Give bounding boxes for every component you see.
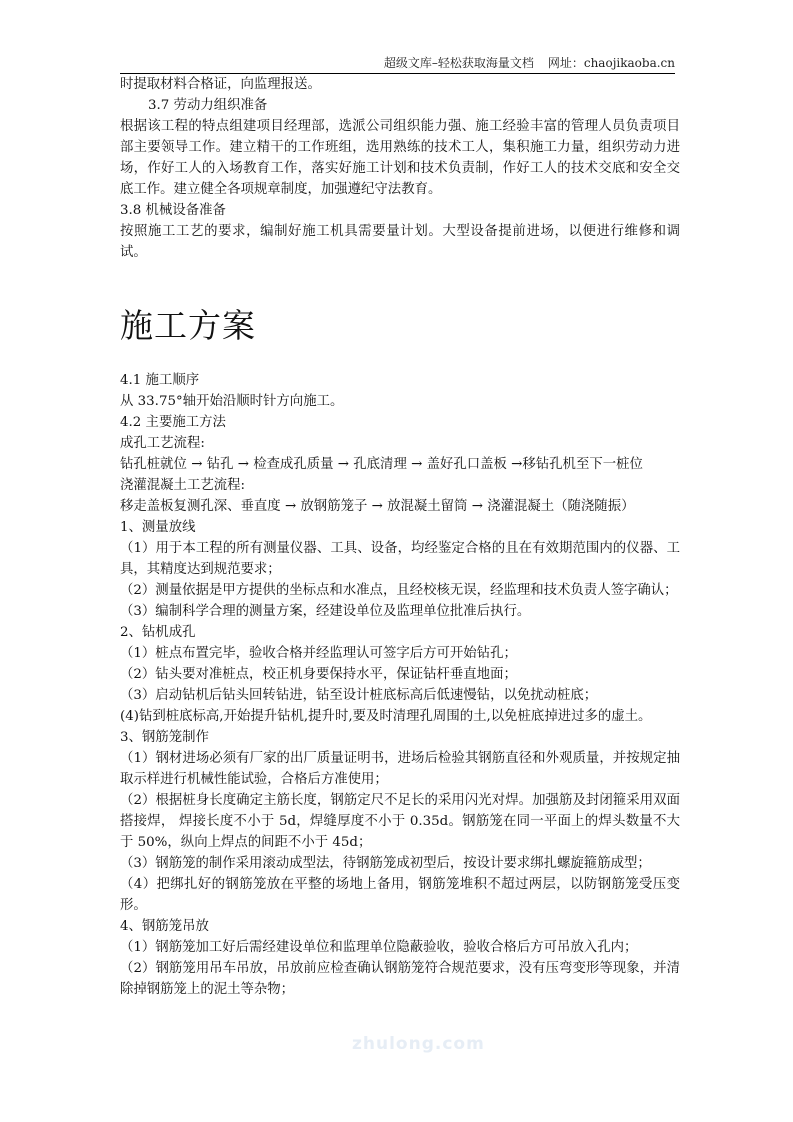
flow-concrete: 移走盖板复测孔深、垂直度 → 放钢筋笼子 → 放混凝土留筒 → 浇灌混凝土（随浇… [120,496,680,517]
item-point: （3）启动钻机后钻头回转钻进，钻至设计桩底标高后低速慢钻，以免扰动桩底； [120,685,680,706]
page-header: 超级文库–轻松获取海量文档网址：chaojikaoba.cn [120,56,675,74]
header-site-name: 超级文库–轻松获取海量文档 [384,56,534,70]
item-point: （3）编制科学合理的测量方案，经建设单位及监理单位批准后执行。 [120,601,680,622]
item-point: （3）钢筋笼的制作采用滚动成型法，待钢筋笼成初型后，按设计要求绑扎螺旋箍筋成型； [120,853,680,874]
continued-paragraph: 时提取材料合格证，向监理报送。 [120,74,680,95]
heading-4-2: 4.2 主要施工方法 [120,412,680,433]
document-body: 时提取材料合格证，向监理报送。 3.7 劳动力组织准备 根据该工程的特点组建项目… [120,74,680,1000]
item-point: （2）钢筋笼用吊车吊放，吊放前应检查确认钢筋笼符合规范要求，没有压弯变形等现象，… [120,958,680,1000]
item-heading: 1、测量放线 [120,517,680,538]
heading-3-8: 3.8 机械设备准备 [120,200,680,221]
item-point: （1）用于本工程的所有测量仪器、工具、设备，均经鉴定合格的且在有效期范围内的仪器… [120,538,680,580]
item-point: （2）测量依据是甲方提供的坐标点和水准点，且经校核无误，经监理和技术负责人签字确… [120,580,680,601]
item-point: （1）钢材进场必须有厂家的出厂质量证明书，进场后检验其钢筋直径和外观质量，并按规… [120,748,680,790]
flow-label-drilling: 成孔工艺流程: [120,433,680,454]
paragraph-3-7: 根据该工程的特点组建项目经理部，选派公司组织能力强、施工经验丰富的管理人员负责项… [120,116,680,200]
item-point: (4)钻到桩底标高,开始提升钻机,提升时,要及时清理孔周围的土,以免桩底掉进过多… [120,706,680,727]
item-point: （2）根据桩身长度确定主筋长度，钢筋定尺不足长的采用闪光对焊。加强筋及封闭箍采用… [120,790,680,853]
item-point: （1）桩点布置完毕，验收合格并经监理认可签字后方可开始钻孔； [120,643,680,664]
item-point: （1）钢筋笼加工好后需经建设单位和监理单位隐蔽验收，验收合格后方可吊放入孔内； [120,937,680,958]
paragraph-3-8: 按照施工工艺的要求，编制好施工机具需要量计划。大型设备提前进场，以便进行维修和调… [120,221,680,263]
chapter-title: 施工方案 [120,306,680,346]
heading-3-7: 3.7 劳动力组织准备 [120,95,680,116]
header-url: 网址：chaojikaoba.cn [548,56,675,70]
item-point: （4）把绑扎好的钢筋笼放在平整的场地上备用，钢筋笼堆积不超过两层，以防钢筋笼受压… [120,874,680,916]
flow-label-concrete: 浇灌混凝土工艺流程: [120,475,680,496]
item-heading: 2、钻机成孔 [120,622,680,643]
heading-4-1: 4.1 施工顺序 [120,370,680,391]
item-heading: 3、钢筋笼制作 [120,727,680,748]
item-heading: 4、钢筋笼吊放 [120,916,680,937]
flow-drilling: 钻孔桩就位 → 钻孔 → 检查成孔质量 → 孔底清理 → 盖好孔口盖板 →移钻孔… [120,454,680,475]
item-point: （2）钻头要对准桩点，校正机身要保持水平，保证钻杆垂直地面； [120,664,680,685]
paragraph-4-1: 从 33.75°轴开始沿顺时针方向施工。 [120,391,680,412]
watermark: zhulong.com [352,1034,485,1054]
